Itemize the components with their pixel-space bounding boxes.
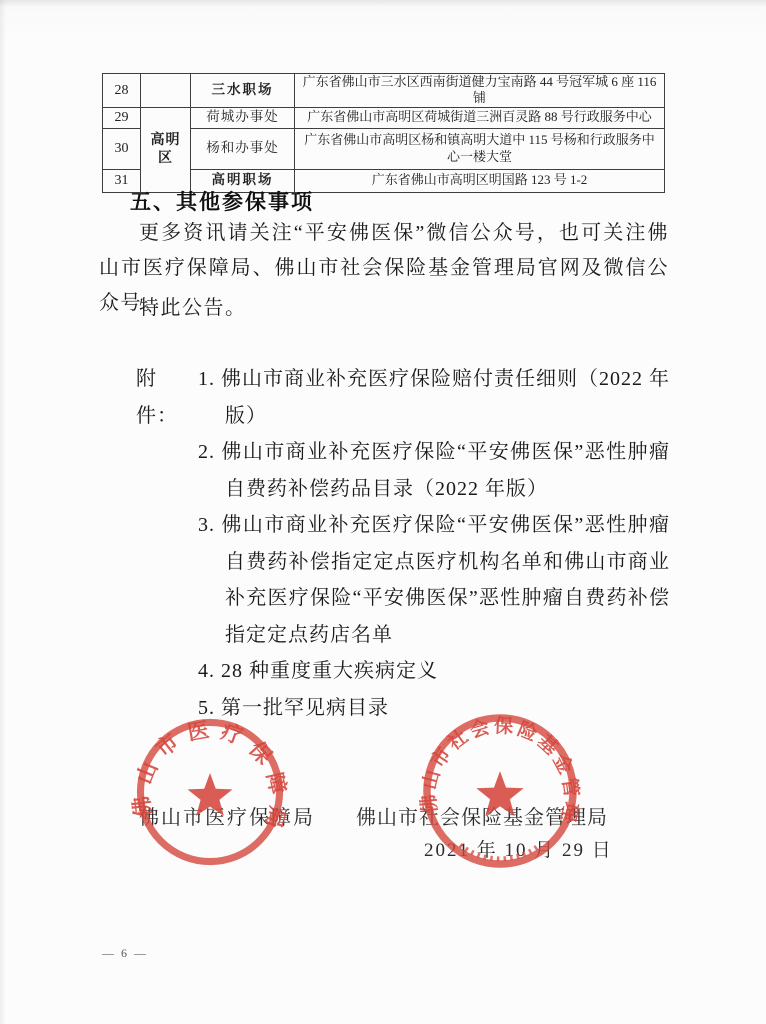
district-cell-empty: [141, 74, 191, 108]
branch-name: 荷城办事处: [191, 107, 295, 128]
attachment-item: 3. 佛山市商业补充医疗保险“平安佛医保”恶性肿瘤自费药补偿指定定点医疗机构名单…: [198, 507, 670, 653]
attachment-item: 2. 佛山市商业补充医疗保险“平安佛医保”恶性肿瘤自费药补偿药品目录（2022 …: [198, 434, 670, 507]
branch-name: 三水职场: [191, 74, 295, 108]
signature-date: 2021 年 10 月 29 日: [424, 835, 613, 862]
branch-address: 广东省佛山市三水区西南街道健力宝南路 44 号冠军城 6 座 116 铺: [295, 74, 665, 108]
official-seal-medical-bureau-icon: 佛山市医疗保障局: [131, 709, 289, 875]
row-number: 28: [103, 74, 141, 108]
row-number: 29: [103, 107, 141, 128]
page-number: — 6 —: [102, 946, 148, 961]
district-cell: 高明区: [141, 107, 191, 192]
attachment-item: 4. 28 种重度重大疾病定义: [198, 653, 670, 690]
attachments-block: 附件： 1. 佛山市商业补充医疗保险赔付责任细则（2022 年版） 2. 佛山市…: [136, 361, 670, 726]
row-number: 30: [103, 128, 141, 169]
branch-name: 杨和办事处: [191, 128, 295, 169]
attachment-item: 5. 第一批罕见病目录: [198, 690, 670, 727]
branch-address: 广东省佛山市高明区荷城街道三洲百灵路 88 号行政服务中心: [295, 107, 665, 128]
document-page: 28 三水职场 广东省佛山市三水区西南街道健力宝南路 44 号冠军城 6 座 1…: [0, 0, 766, 1024]
attachment-item: 1. 佛山市商业补充医疗保险赔付责任细则（2022 年版）: [198, 361, 670, 434]
attachments-label: 附件：: [136, 361, 198, 434]
signature-medical-bureau: 佛山市医疗保障局: [139, 801, 315, 830]
service-locations-table: 28 三水职场 广东省佛山市三水区西南街道健力宝南路 44 号冠军城 6 座 1…: [102, 73, 665, 193]
attachments-list: 1. 佛山市商业补充医疗保险赔付责任细则（2022 年版） 2. 佛山市商业补充…: [198, 361, 670, 726]
branch-address: 广东省佛山市高明区明国路 123 号 1-2: [295, 169, 665, 192]
section-heading: 五、其他参保事项: [130, 186, 314, 216]
branch-address: 广东省佛山市高明区杨和镇高明大道中 115 号杨和行政服务中心一楼大堂: [295, 128, 665, 169]
signature-social-insurance-bureau: 佛山市社会保险基金管理局: [356, 801, 608, 830]
closing-line: 特此公告。: [139, 291, 247, 320]
table-row: 29 高明区 荷城办事处 广东省佛山市高明区荷城街道三洲百灵路 88 号行政服务…: [103, 107, 665, 128]
table-row: 28 三水职场 广东省佛山市三水区西南街道健力宝南路 44 号冠军城 6 座 1…: [103, 74, 665, 108]
